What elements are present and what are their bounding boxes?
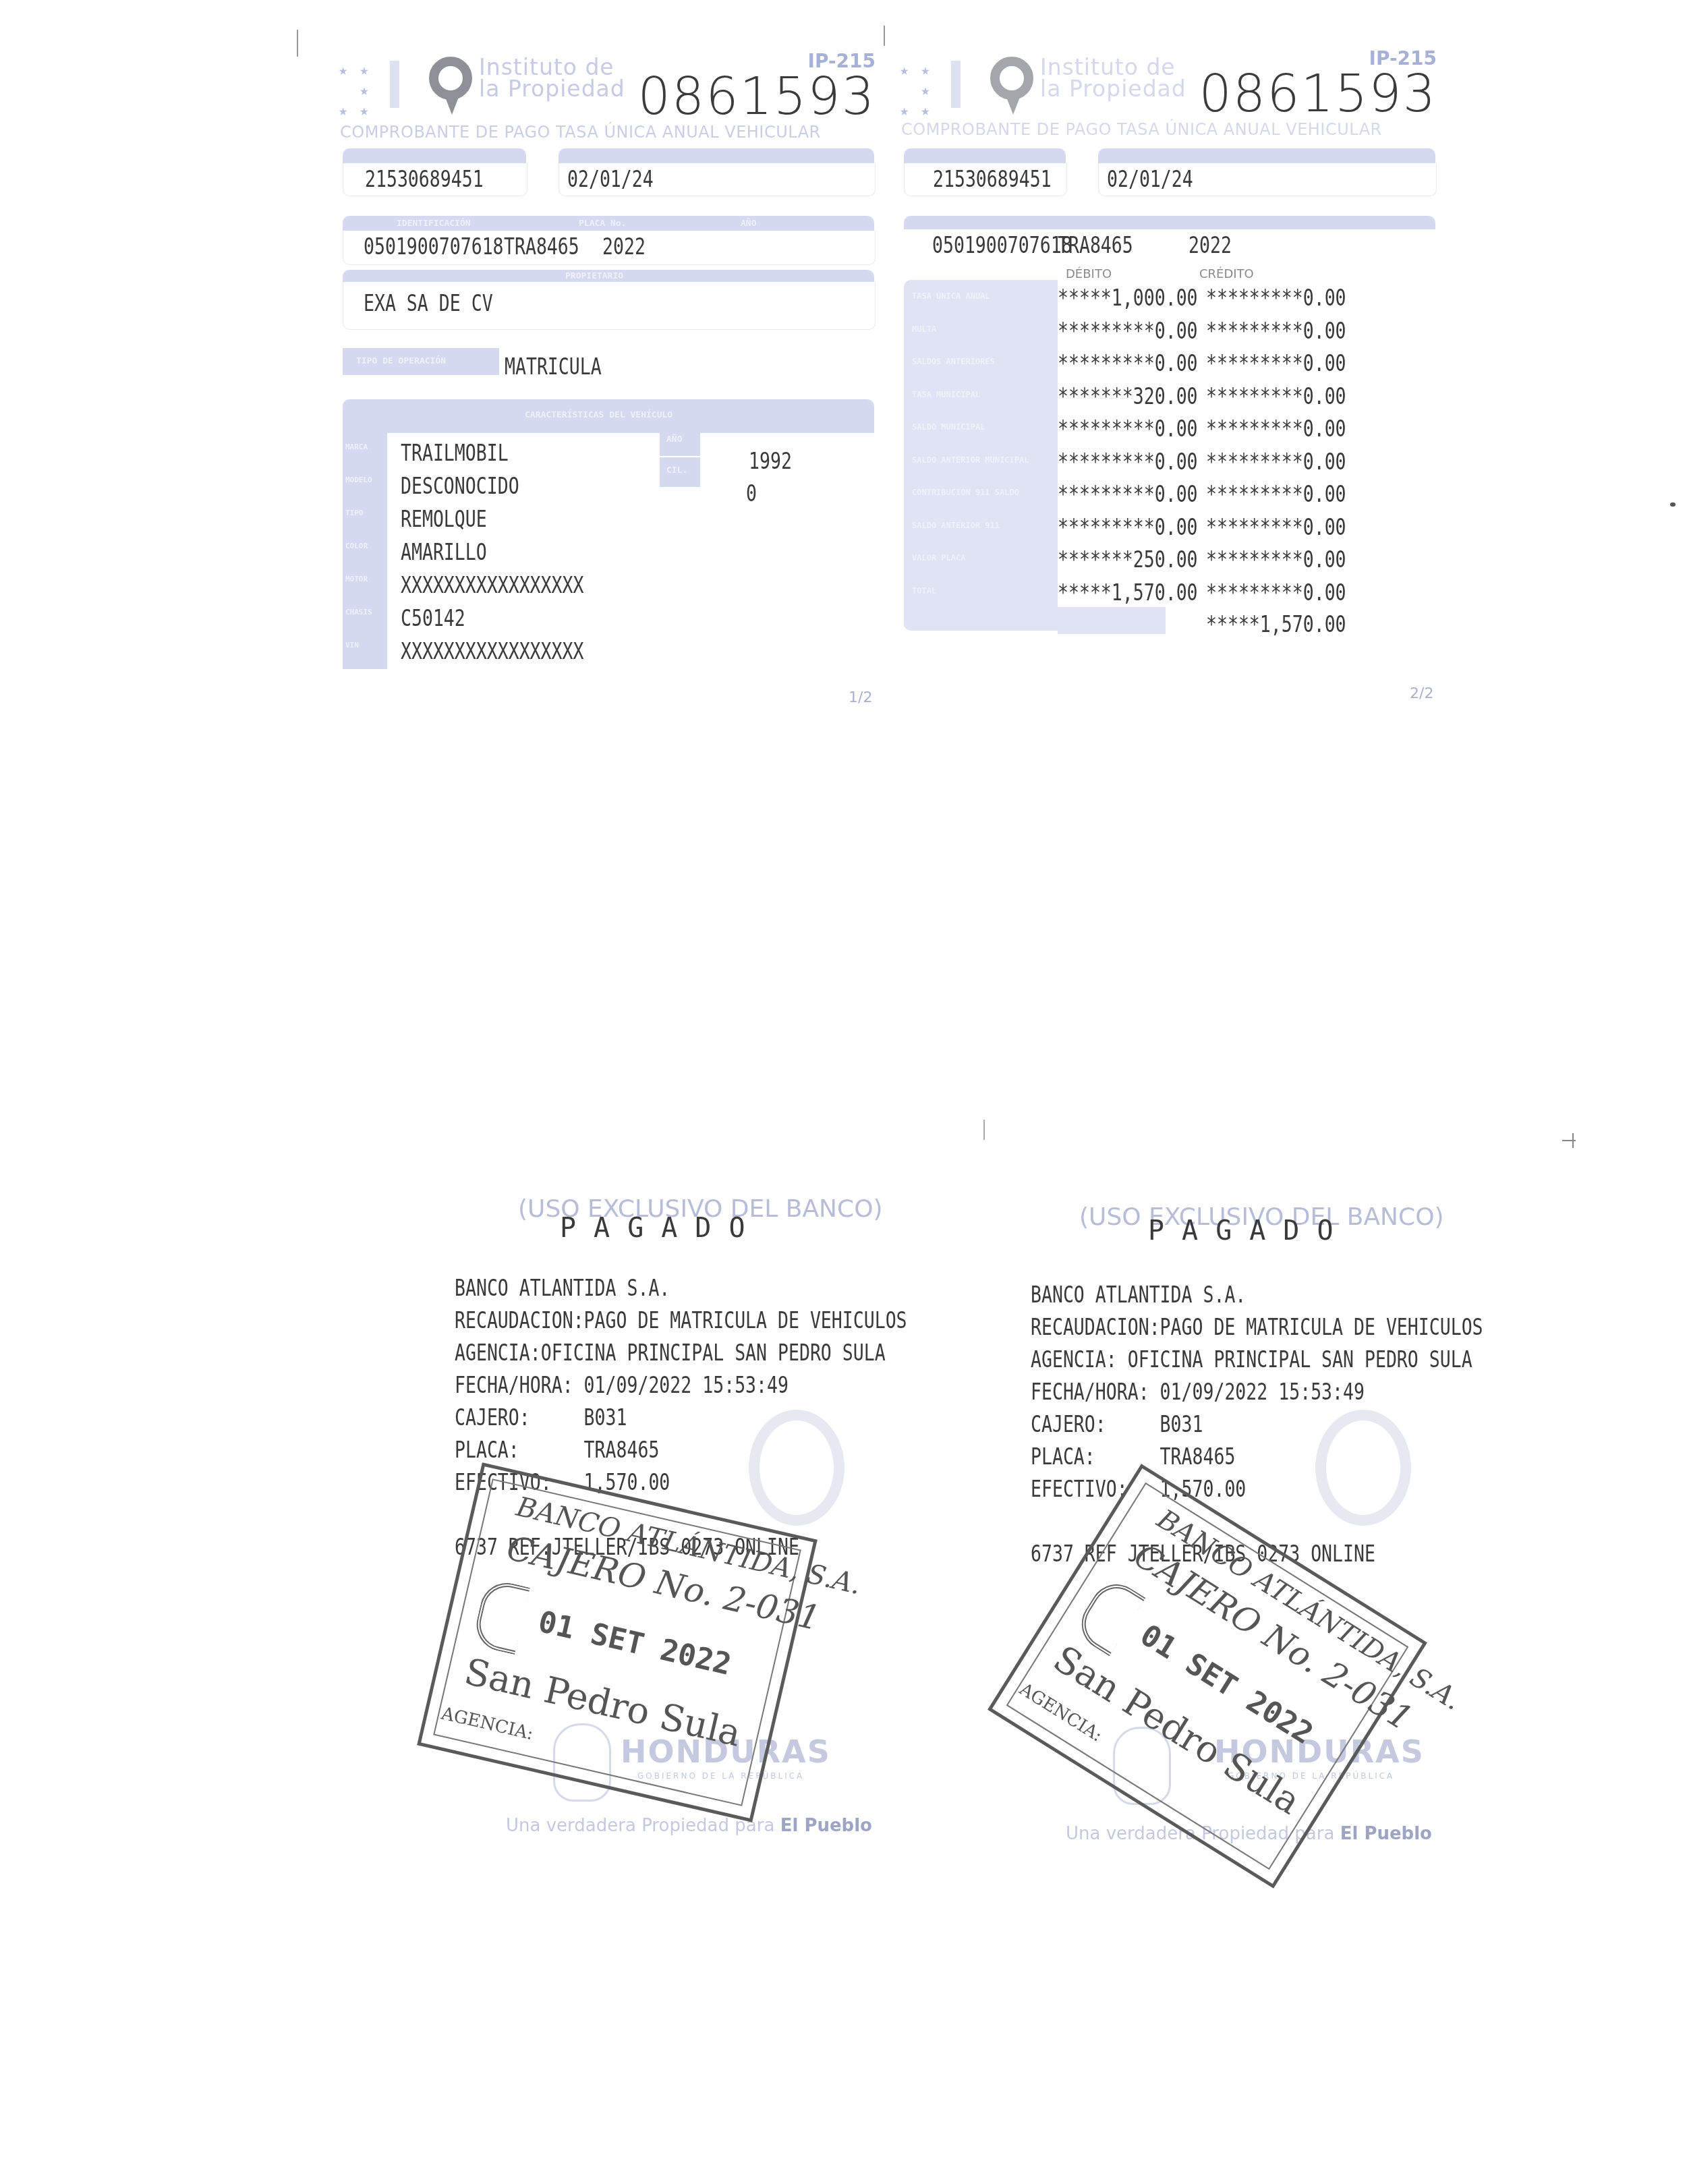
receipt-title: COMPROBANTE DE PAGO TASA ÚNICA ANUAL VEH… bbox=[340, 123, 821, 142]
control-number-box: 21530689451 bbox=[343, 163, 527, 196]
debit-amount: *********0.00 bbox=[1058, 415, 1198, 442]
bank-receipt-line: RECAUDACION:PAGO DE MATRICULA DE VEHICUL… bbox=[1031, 1314, 1483, 1346]
vehicle-year: 2022 bbox=[1189, 232, 1232, 259]
charge-label: VALOR PLACA bbox=[912, 553, 965, 563]
bank-receipt-line: AGENCIA:OFICINA PRINCIPAL SAN PEDRO SULA bbox=[455, 1340, 907, 1372]
band-label-caracteristicas: CARACTERÍSTICAS DEL VEHÍCULO bbox=[525, 410, 672, 420]
control-number: 21530689451 bbox=[933, 166, 1052, 193]
vehicle-field-value: AMARILLO bbox=[401, 539, 487, 566]
owner-box: EXA SA DE CV bbox=[343, 282, 876, 330]
paid-status: PAGADO bbox=[560, 1213, 763, 1244]
star-icon-group: ★★ ★★★ bbox=[900, 61, 947, 121]
band-label-tipo-operacion: TIPO DE OPERACIÓN bbox=[356, 356, 446, 366]
bank-logo-icon bbox=[471, 1578, 530, 1655]
property-institute-logo-icon bbox=[429, 57, 472, 100]
vehicle-field-label: VIN bbox=[345, 641, 359, 650]
debit-amount: *******250.00 bbox=[1058, 546, 1198, 573]
charge-label: MULTA bbox=[912, 324, 936, 334]
control-number: 21530689451 bbox=[365, 166, 484, 193]
date-box: 02/01/24 bbox=[559, 163, 876, 196]
band-label-propietario: PROPIETARIO bbox=[565, 271, 623, 281]
vehicle-side-label-anio: AÑO bbox=[660, 426, 700, 456]
credit-amount: *********0.00 bbox=[1206, 383, 1346, 410]
vehicle-field-value: DESCONOCIDO bbox=[401, 473, 519, 500]
page-number-1: 1/2 bbox=[849, 689, 872, 706]
bank-receipt-line: FECHA/HORA: 01/09/2022 15:53:49 bbox=[455, 1372, 907, 1404]
vehicle-cylinders: 0 bbox=[746, 480, 757, 507]
band-label-placa: PLACA No. bbox=[579, 219, 626, 229]
debit-amount: *********0.00 bbox=[1058, 318, 1198, 345]
vehicle-field-value: XXXXXXXXXXXXXXXXX bbox=[401, 638, 583, 665]
id-box: 0501900707618 TRA8465 2022 bbox=[343, 231, 876, 265]
credit-amount: *********0.00 bbox=[1206, 546, 1346, 573]
control-band bbox=[904, 148, 1066, 163]
credit-amount: *********0.00 bbox=[1206, 350, 1346, 377]
debit-amount: *****1,570.00 bbox=[1058, 579, 1198, 606]
scan-cross-mark bbox=[1562, 1140, 1576, 1141]
receipt-page-1: ★★ ★★★ Instituto de la Propiedad IP-215 … bbox=[336, 47, 876, 715]
scan-mark bbox=[297, 30, 298, 57]
logo-flag-bar bbox=[951, 61, 961, 108]
vehicle-field-label: TIPO bbox=[345, 509, 364, 517]
vehicle-field-label: MOTOR bbox=[345, 575, 368, 583]
charge-label: TASA MUNICIPAL bbox=[912, 390, 980, 399]
scan-mark bbox=[983, 1120, 985, 1140]
owner-name: EXA SA DE CV bbox=[364, 290, 493, 317]
credit-amount: *********0.00 bbox=[1206, 285, 1346, 312]
debit-amount: *******320.00 bbox=[1058, 383, 1198, 410]
owner-band: PROPIETARIO bbox=[343, 270, 874, 282]
debit-amount: *********0.00 bbox=[1058, 481, 1198, 508]
operation-type: MATRICULA bbox=[505, 353, 602, 380]
control-number-box: 21530689451 bbox=[904, 163, 1067, 196]
plate-number: TRA8465 bbox=[504, 233, 579, 260]
vehicle-year: 2022 bbox=[602, 233, 646, 260]
plate-number: TRA8465 bbox=[1058, 232, 1133, 259]
bank-receipt-line: BANCO ATLANTIDA S.A. bbox=[1031, 1282, 1483, 1314]
government-slogan: Una verdadera Propiedad para El Pueblo bbox=[506, 1816, 872, 1836]
scan-dot bbox=[1670, 502, 1676, 507]
bank-receipt-line: RECAUDACION:PAGO DE MATRICULA DE VEHICUL… bbox=[455, 1307, 907, 1340]
vehicle-field-value: REMOLQUE bbox=[401, 506, 487, 533]
institution-name-line2: la Propiedad bbox=[1040, 78, 1186, 100]
vehicle-field-label: COLOR bbox=[345, 542, 368, 550]
receipt-number: 0861593 bbox=[638, 66, 876, 126]
charge-label: SALDO MUNICIPAL bbox=[912, 422, 985, 432]
institution-name-line2: la Propiedad bbox=[479, 78, 625, 100]
column-header-debit: DÉBITO bbox=[1066, 267, 1112, 281]
control-band bbox=[343, 148, 526, 163]
bank-receipt-line: CAJERO: B031 bbox=[1031, 1411, 1483, 1443]
bank-receipt-line: FECHA/HORA: 01/09/2022 15:53:49 bbox=[1031, 1379, 1483, 1411]
bank-receipt-line: CAJERO: B031 bbox=[455, 1404, 907, 1437]
charge-label: SALDOS ANTERIORES bbox=[912, 357, 995, 366]
id-box: 0501900707618 TRA8465 2022 bbox=[904, 229, 1435, 264]
logo-flag-bar bbox=[390, 61, 399, 108]
receipt-title: COMPROBANTE DE PAGO TASA ÚNICA ANUAL VEH… bbox=[901, 120, 1382, 139]
paid-status: PAGADO bbox=[1148, 1215, 1351, 1246]
vehicle-field-label: CHASIS bbox=[345, 608, 372, 616]
date-band bbox=[559, 148, 874, 163]
debit-amount: *****1,000.00 bbox=[1058, 285, 1198, 312]
credit-amount: *********0.00 bbox=[1206, 415, 1346, 442]
date-band bbox=[1098, 148, 1435, 163]
receipt-date: 02/01/24 bbox=[567, 166, 654, 193]
charge-label: SALDO ANTERIOR MUNICIPAL bbox=[912, 455, 1029, 465]
band-label-identificacion: IDENTIFICACIÓN bbox=[397, 219, 471, 229]
vehicle-field-label: MODELO bbox=[345, 476, 372, 484]
bank-receipt-line: BANCO ATLANTIDA S.A. bbox=[455, 1275, 907, 1307]
charge-label: SALDO ANTERIOR 911 bbox=[912, 521, 1000, 530]
bank-logo-icon bbox=[1072, 1574, 1146, 1656]
identification-number: 0501900707618 bbox=[932, 232, 1072, 259]
vehicle-band: CARACTERÍSTICAS DEL VEHÍCULO bbox=[343, 399, 874, 433]
id-band bbox=[904, 216, 1435, 229]
scan-mark bbox=[884, 26, 885, 46]
property-institute-logo-icon bbox=[990, 57, 1033, 100]
bank-receipt-line: EFECTIVO: 1,570.00 bbox=[1031, 1476, 1483, 1508]
id-band: IDENTIFICACIÓN PLACA No. AÑO bbox=[343, 216, 874, 231]
page-number-2: 2/2 bbox=[1410, 685, 1433, 702]
scan-cross-mark bbox=[1572, 1133, 1574, 1148]
receipt-number: 0861593 bbox=[1199, 63, 1437, 123]
vehicle-field-value: TRAILMOBIL bbox=[401, 440, 509, 467]
vehicle-field-value: XXXXXXXXXXXXXXXXX bbox=[401, 572, 583, 599]
receipt-page-2: ★★ ★★★ Instituto de la Propiedad IP-215 … bbox=[897, 47, 1437, 715]
debit-amount: *********0.00 bbox=[1058, 350, 1198, 377]
vehicle-side-label-cil: CIL. bbox=[660, 457, 700, 487]
debit-amount: *********0.00 bbox=[1058, 449, 1198, 476]
band-label-anio: AÑO bbox=[741, 219, 756, 229]
credit-amount: *********0.00 bbox=[1206, 318, 1346, 345]
total-highlight bbox=[1058, 607, 1166, 634]
credit-amount: *********0.00 bbox=[1206, 514, 1346, 541]
bank-receipt-line: PLACA: TRA8465 bbox=[1031, 1443, 1483, 1476]
net-total: *****1,570.00 bbox=[1206, 611, 1346, 638]
credit-amount: *********0.00 bbox=[1206, 449, 1346, 476]
vehicle-model-year: 1992 bbox=[749, 448, 792, 475]
vehicle-label-column bbox=[343, 433, 387, 669]
column-header-credit: CRÉDITO bbox=[1199, 267, 1254, 281]
date-box: 02/01/24 bbox=[1098, 163, 1437, 196]
star-icon-group: ★★ ★★★ bbox=[339, 61, 386, 121]
vehicle-field-label: MARCA bbox=[345, 442, 368, 451]
operation-type-label-box: TIPO DE OPERACIÓN bbox=[343, 348, 499, 375]
credit-amount: *********0.00 bbox=[1206, 579, 1346, 606]
charge-label: CONTRIBUCIÓN 911 SALDO bbox=[912, 488, 1019, 497]
credit-amount: *********0.00 bbox=[1206, 481, 1346, 508]
charge-label: TASA ÚNICA ANUAL bbox=[912, 291, 990, 301]
bank-receipt-line: AGENCIA: OFICINA PRINCIPAL SAN PEDRO SUL… bbox=[1031, 1346, 1483, 1379]
identification-number: 0501900707618 bbox=[364, 233, 504, 260]
receipt-date: 02/01/24 bbox=[1107, 166, 1193, 193]
debit-amount: *********0.00 bbox=[1058, 514, 1198, 541]
charge-label: TOTAL bbox=[912, 586, 936, 596]
vehicle-field-value: C50142 bbox=[401, 605, 465, 632]
bank-receipt-line: PLACA: TRA8465 bbox=[455, 1437, 907, 1469]
